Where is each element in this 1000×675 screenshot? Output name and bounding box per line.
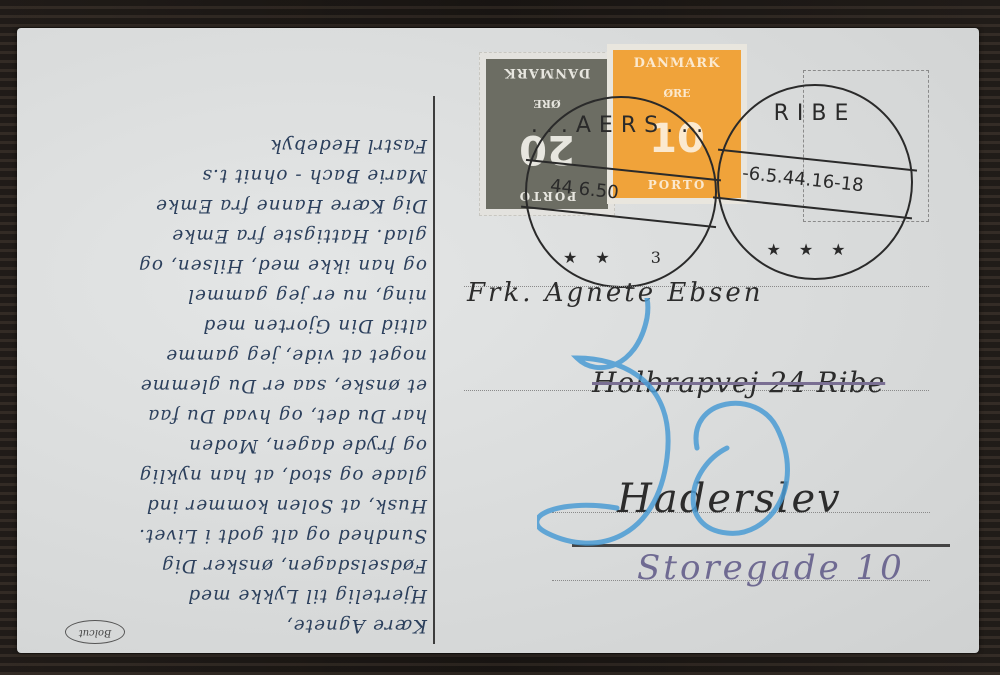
postcard: Kære Agnete, Hjertelig til Lykke med Fød… <box>17 28 979 653</box>
stamp-unit: ØRE <box>663 87 690 100</box>
message-line: altid Din Gjorten med <box>27 310 427 340</box>
message-line: og han ikke med, Hilsen, og <box>27 250 427 280</box>
postage-due-crayon-mark <box>537 298 867 588</box>
message-line: noget at vide, jeg gamme <box>27 340 427 370</box>
message-line: glade og stod, at han nyklig <box>27 460 427 490</box>
message-line: Hjertelig til Lykke med <box>27 580 427 610</box>
handwritten-message: Kære Agnete, Hjertelig til Lykke med Fød… <box>27 40 427 640</box>
message-line: Sundhed og alt godt i Livet. <box>27 520 427 550</box>
postmark-stars: ★★★ <box>719 240 911 259</box>
stamp-country: DANMARK <box>634 56 721 71</box>
message-line: og fryde dagen, Moden <box>27 430 427 460</box>
message-line: Husk, at Solen kommer ind <box>27 490 427 520</box>
message-line: Dig Kære Hanne fra Emke <box>27 190 427 220</box>
postmark-year: 44 <box>549 175 574 198</box>
message-line: glad. Hattigste fra Emke <box>27 220 427 250</box>
postmark-ribe: RIBE -6.5.44.16-18 ★★★ <box>717 84 913 280</box>
stamp-unit: ØRE <box>533 97 560 110</box>
postmark-town: ...AERS... <box>527 113 715 138</box>
stamp-country: DANMARK <box>504 65 591 80</box>
message-line: Fødselsdagen, ønsker Dig <box>27 550 427 580</box>
message-line: har Du det, og hvad Du faa <box>27 400 427 430</box>
postmark-stars: ★★ 3 <box>527 248 715 267</box>
message-line: et ønske, saa er Du glemme <box>27 370 427 400</box>
postmark-number: 3 <box>651 248 679 267</box>
message-signature: Fastrl Hedebyk <box>27 130 427 160</box>
postmark-hour: 6.50 <box>577 178 619 203</box>
message-line: ning, nu er jeg gammel <box>27 280 427 310</box>
postmark-town: RIBE <box>719 101 911 126</box>
postmark-haderslev: ...AERS... 44 6.50 ★★ 3 <box>525 96 717 288</box>
publisher-mark: Bolcut <box>65 620 125 644</box>
center-divider <box>433 96 435 644</box>
message-line: Marie Bach - ohnit t.s <box>27 160 427 190</box>
